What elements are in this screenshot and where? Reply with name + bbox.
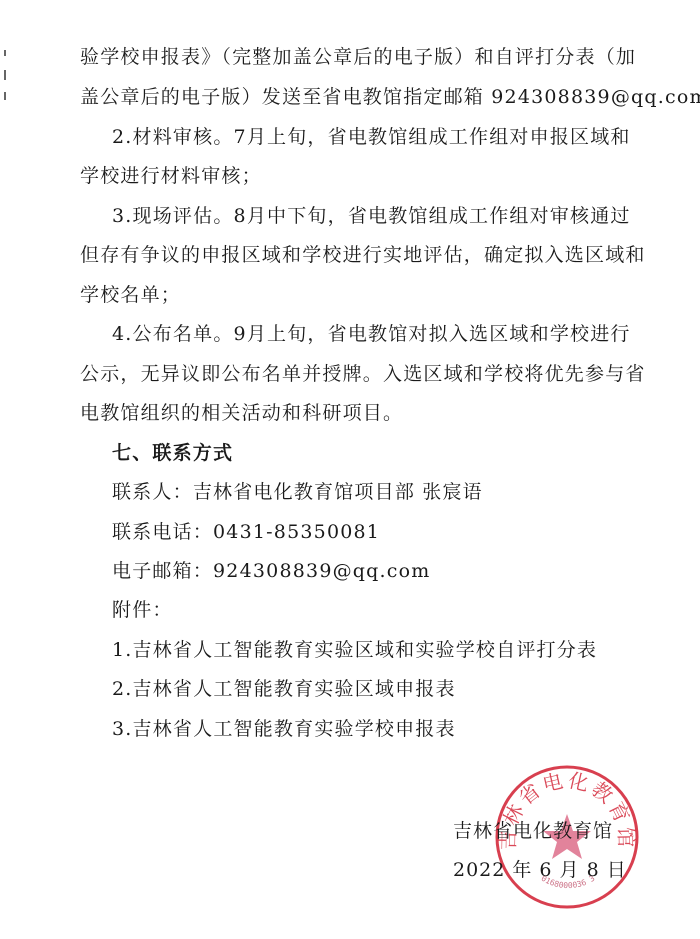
section-heading: 七、联系方式 [112,440,233,466]
document-page: 验学校申报表》（完整加盖公章后的电子版）和自评打分表（加 盖公章后的电子版）发送… [0,0,700,939]
contact-person: 联系人：吉林省电化教育馆项目部 张宸语 [112,479,483,505]
attachment-item: 2.吉林省人工智能教育实验区域申报表 [112,676,456,702]
contact-email: 电子邮箱：924308839@qq.com [112,558,430,584]
paragraph-line: 4.公布名单。9月上旬，省电教馆对拟入选区域和学校进行 [112,321,631,347]
contact-phone-value: 0431-85350081 [213,521,380,543]
paragraph-line: 3.现场评估。8月中下旬，省电教馆组成工作组对审核通过 [112,203,631,229]
paragraph-line: 2.材料审核。7月上旬，省电教馆组成工作组对申报区域和 [112,124,631,150]
paragraph-line: 学校名单； [80,282,181,308]
paragraph-line: 电教馆组织的相关活动和科研项目。 [80,400,403,426]
scan-margin-marks [4,50,12,110]
attachments-label: 附件： [112,597,173,623]
paragraph-line: 公示，无异议即公布名单并授牌。入选区域和学校将优先参与省 [80,361,646,387]
signature-organization: 吉林省电化教育馆 [453,818,613,844]
paragraph-line: 验学校申报表》（完整加盖公章后的电子版）和自评打分表（加 [80,44,636,70]
signature-date: 2022 年 6 月 8 日 [453,857,627,883]
paragraph-line: 学校进行材料审核； [80,163,262,189]
paragraph-line: 但存有争议的申报区域和学校进行实地评估，确定拟入选区域和 [80,242,646,268]
contact-person-value: 吉林省电化教育馆项目部 张宸语 [193,481,483,503]
contact-email-label: 电子邮箱： [112,560,213,582]
attachment-item: 3.吉林省人工智能教育实验学校申报表 [112,716,456,742]
contact-phone-label: 联系电话： [112,521,213,543]
contact-email-value: 924308839@qq.com [213,560,430,582]
attachment-item: 1.吉林省人工智能教育实验区域和实验学校自评打分表 [112,637,597,663]
contact-phone: 联系电话：0431-85350081 [112,519,380,545]
contact-person-label: 联系人： [112,481,193,503]
paragraph-line: 盖公章后的电子版）发送至省电教馆指定邮箱 924308839@qq.com; [80,84,700,110]
